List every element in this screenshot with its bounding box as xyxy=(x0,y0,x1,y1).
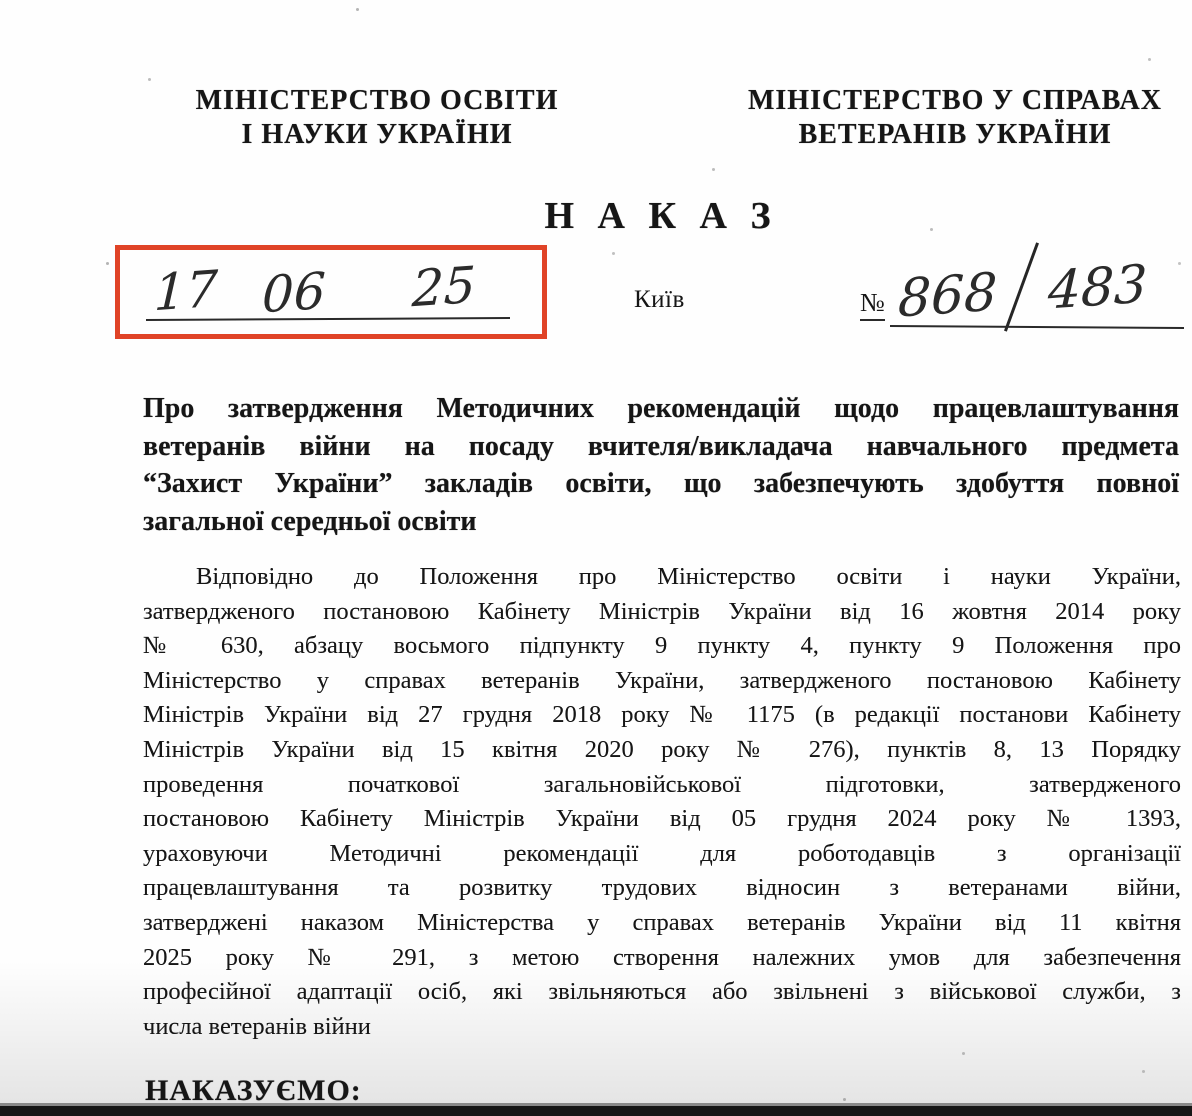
handwritten-number-slash xyxy=(1004,242,1039,331)
document-title: Н А К А З xyxy=(143,194,1179,238)
body-line: постановою Кабінету Міністрів України ві… xyxy=(143,802,1181,837)
org-left-line1: МІНІСТЕРСТВО ОСВІТИ xyxy=(158,84,596,118)
page-edge-bar xyxy=(0,1106,1192,1116)
subject-line: ветеранів війни на посаду вчителя/виклад… xyxy=(143,428,1179,466)
handwritten-date-year: 25 xyxy=(411,260,476,315)
body-line: Відповідно до Положення про Міністерство… xyxy=(143,560,1181,595)
body-line: 2025 року № 291, з метою створення належ… xyxy=(143,941,1181,976)
body-line: Міністрів України від 15 квітня 2020 рок… xyxy=(143,733,1181,768)
body-line: числа ветеранів війни xyxy=(143,1010,1181,1045)
handwritten-number-first: 868 xyxy=(897,266,998,325)
scanned-order-page: МІНІСТЕРСТВО ОСВІТИ І НАУКИ УКРАЇНИ МІНІ… xyxy=(0,0,1192,1116)
handwritten-number-second: 483 xyxy=(1047,258,1148,317)
body-line: працевлаштування та розвитку трудових ві… xyxy=(143,871,1181,906)
org-left-line2: І НАУКИ УКРАЇНИ xyxy=(158,118,596,152)
order-subject: Про затвердження Методичних рекомендацій… xyxy=(143,390,1179,540)
order-preamble: Відповідно до Положення про Міністерство… xyxy=(143,560,1181,1044)
body-line: ураховуючи Методичні рекомендації для ро… xyxy=(143,837,1181,872)
subject-line: Про затвердження Методичних рекомендацій… xyxy=(143,390,1179,428)
subject-line: загальної середньої освіти xyxy=(143,503,1179,541)
handwritten-date-month: 06 xyxy=(261,266,326,321)
scan-noise-specks xyxy=(356,8,359,11)
issuing-org-right: МІНІСТЕРСТВО У СПРАВАХ ВЕТЕРАНІВ УКРАЇНИ xyxy=(738,84,1172,152)
number-underline xyxy=(890,325,1184,329)
body-line: Міністрів України від 27 грудня 2018 рок… xyxy=(143,698,1181,733)
handwritten-date-day: 17 xyxy=(153,264,218,319)
subject-line: “Захист України” закладів освіти, що заб… xyxy=(143,465,1179,503)
body-line: професійної адаптації осіб, які звільняю… xyxy=(143,975,1181,1010)
org-right-line2: ВЕТЕРАНІВ УКРАЇНИ xyxy=(738,118,1172,152)
body-line: затверджені наказом Міністерства у справ… xyxy=(143,906,1181,941)
body-line: № 630, абзацу восьмого підпункту 9 пункт… xyxy=(143,629,1181,664)
issuing-org-left: МІНІСТЕРСТВО ОСВІТИ І НАУКИ УКРАЇНИ xyxy=(158,84,596,152)
body-line: Міністерство у справах ветеранів України… xyxy=(143,664,1181,699)
org-right-line1: МІНІСТЕРСТВО У СПРАВАХ xyxy=(738,84,1172,118)
body-line: проведення початкової загальновійськової… xyxy=(143,768,1181,803)
date-highlight-box: 17 06 25 xyxy=(115,245,547,339)
city-label: Київ xyxy=(634,286,685,314)
body-line: затвердженого постановою Кабінету Мініст… xyxy=(143,595,1181,630)
number-sign: № xyxy=(860,288,885,321)
